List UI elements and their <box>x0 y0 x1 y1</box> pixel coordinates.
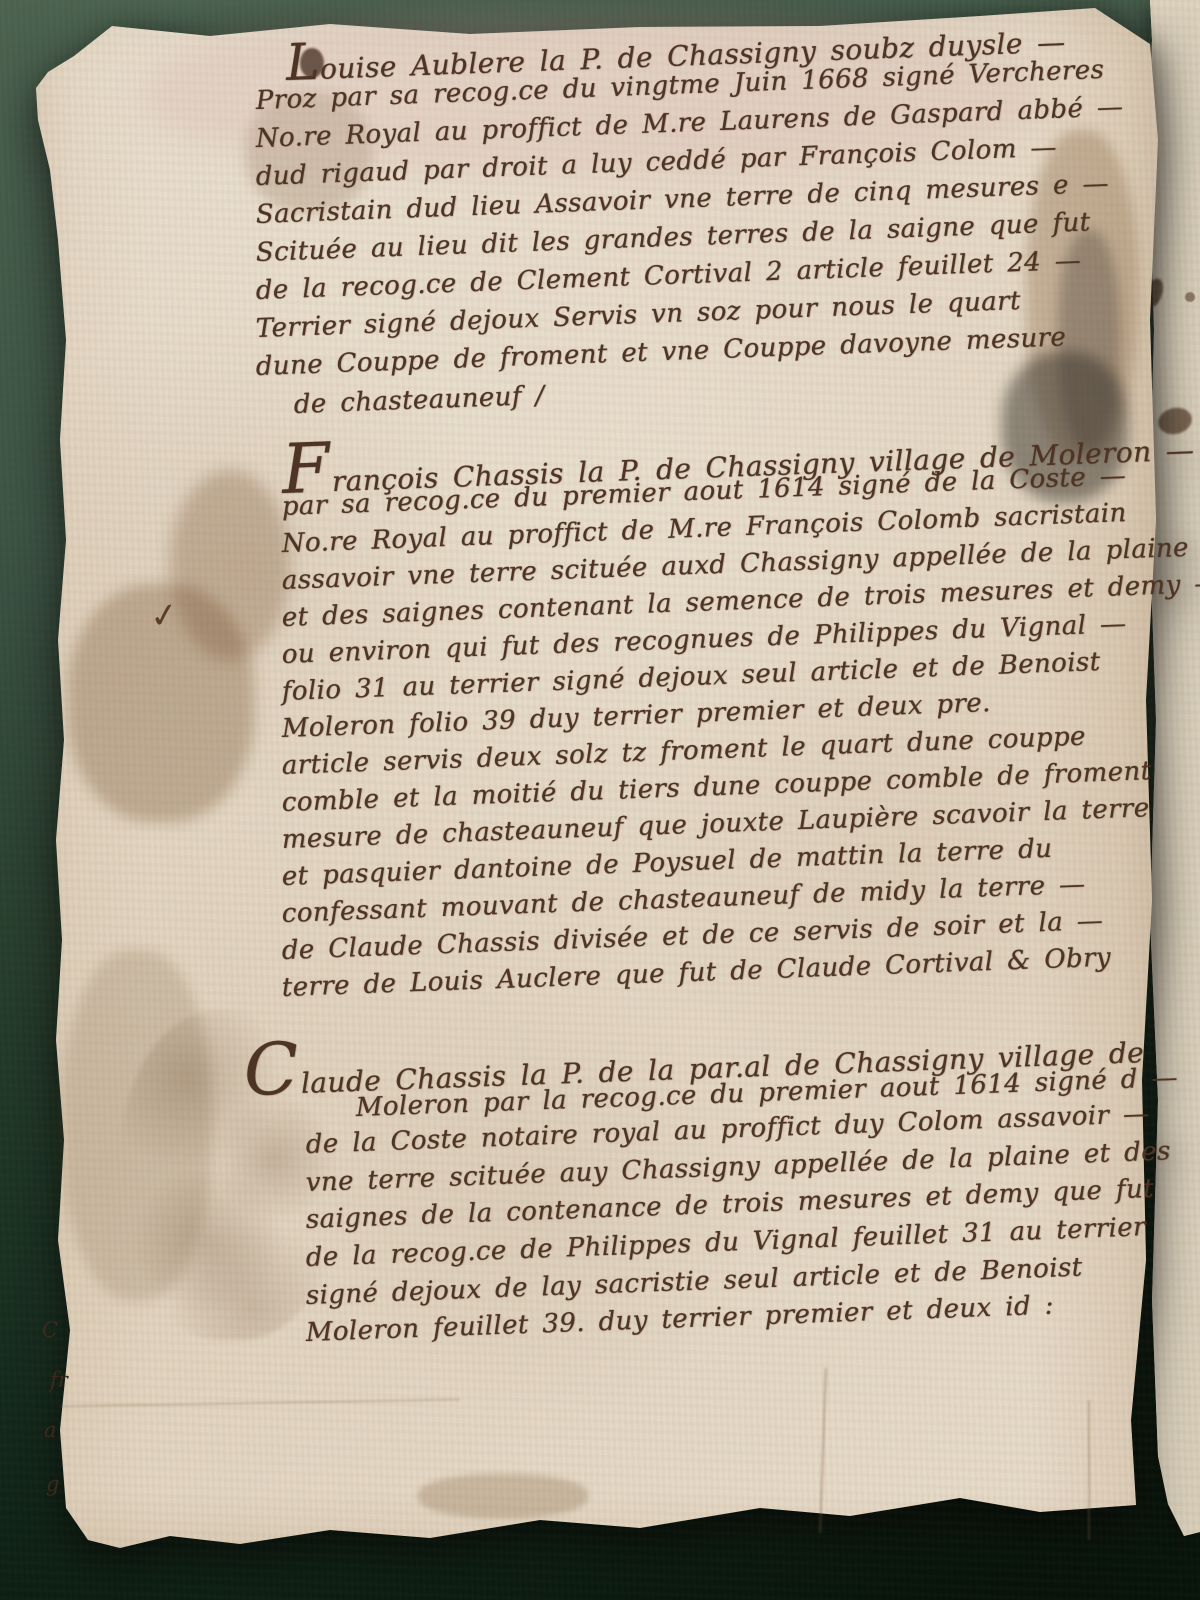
entry-paragraph-1: Louise Aublere la P. de Chassigny soubz … <box>256 44 1124 424</box>
manuscript-page: Louise Aublere la P. de Chassigny soubz … <box>0 0 1200 1600</box>
edge-fragment: g <box>46 1472 59 1496</box>
edge-fragment: C <box>42 1318 58 1342</box>
edge-fragment: fr <box>50 1368 68 1392</box>
edge-fragment: a <box>44 1418 57 1442</box>
entry-paragraph-3: Claude Chassis la P. de la par.al de Cha… <box>306 1052 1179 1353</box>
margin-checkmark: ✓ <box>147 594 181 638</box>
entry-paragraph-2: François Chassis la P. de Chassigny vill… <box>282 452 1200 1007</box>
